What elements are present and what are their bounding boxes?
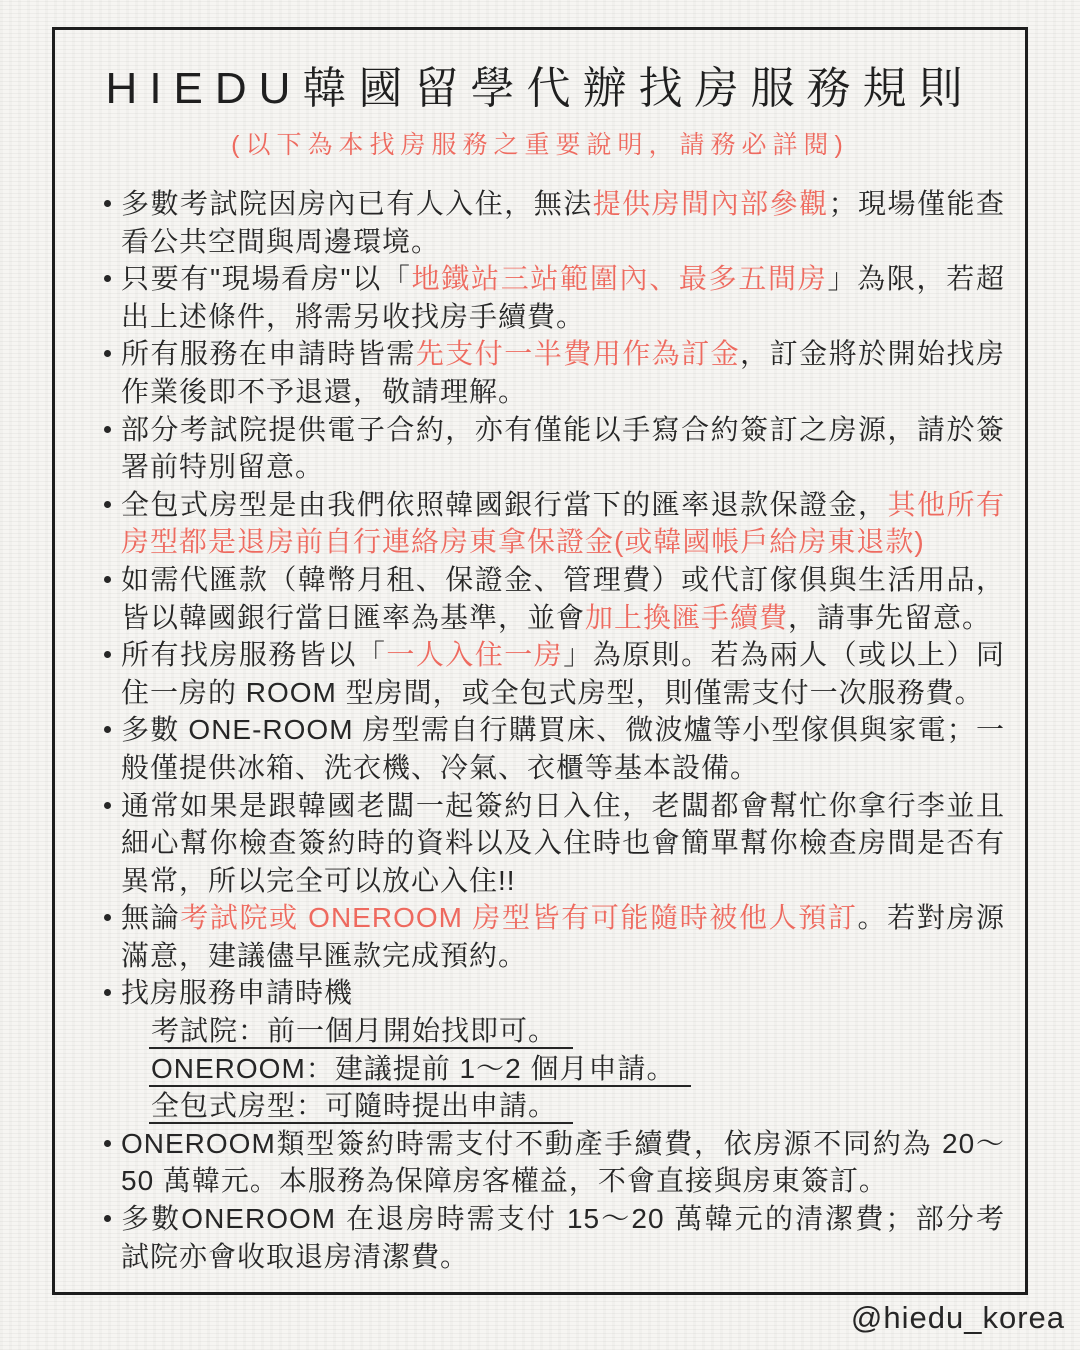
- rule-text-segment: 通常如果是跟韓國老闆一起簽約日入住，老闆都會幫忙你拿行李並且細心幫你檢查簽約時的…: [121, 790, 1005, 896]
- schedule-line: ONEROOM：建議提前 1～2 個月申請。: [149, 1050, 1005, 1088]
- rule-item: 只要有"現場看房"以「地鐵站三站範圍內、最多五間房」為限，若超出上述條件，將需另…: [121, 260, 1005, 335]
- rule-item: 部分考試院提供電子合約，亦有僅能以手寫合約簽訂之房源，請於簽署前特別留意。: [121, 411, 1005, 486]
- schedule-line-text: ONEROOM：建議提前 1～2 個月申請。: [149, 1052, 691, 1087]
- highlighted-text: 一人入住一房: [386, 639, 563, 670]
- rule-text-segment: ONEROOM類型簽約時需支付不動產手續費，依房源不同約為 20～50 萬韓元。…: [121, 1128, 1005, 1197]
- page-title: HIEDU韓國留學代辦找房服務規則: [55, 52, 1025, 116]
- schedule-line: 全包式房型：可隨時提出申請。: [149, 1087, 1005, 1125]
- rule-item: 無論考試院或 ONEROOM 房型皆有可能隨時被他人預訂。若對房源滿意，建議儘早…: [121, 899, 1005, 974]
- rule-item: 所有服務在申請時皆需先支付一半費用作為訂金，訂金將於開始找房作業後即不予退還，敬…: [121, 335, 1005, 410]
- highlighted-text: 地鐵站三站範圍內、最多五間房: [412, 263, 828, 294]
- rules-list: 多數考試院因房內已有人入住，無法提供房間內部參觀；現場僅能查看公共空間與周邊環境…: [55, 185, 1025, 1275]
- rule-text-segment: 無論: [121, 902, 180, 933]
- highlighted-text: 考試院或 ONEROOM 房型皆有可能隨時被他人預訂: [180, 902, 857, 933]
- schedule-line-text: 全包式房型：可隨時提出申請。: [149, 1089, 573, 1124]
- watermark-handle: @hiedu_korea: [851, 1300, 1065, 1336]
- schedule-line: 考試院：前一個月開始找即可。: [149, 1012, 1005, 1050]
- rule-item: 多數 ONE-ROOM 房型需自行購買床、微波爐等小型傢俱與家電；一般僅提供冰箱…: [121, 711, 1005, 786]
- poster-page: HIEDU韓國留學代辦找房服務規則 (以下為本找房服務之重要說明，請務必詳閱) …: [0, 0, 1080, 1350]
- rule-item: 如需代匯款（韓幣月租、保證金、管理費）或代訂傢俱與生活用品，皆以韓國銀行當日匯率…: [121, 561, 1005, 636]
- rule-item: 全包式房型是由我們依照韓國銀行當下的匯率退款保證金，其他所有房型都是退房前自行連…: [121, 486, 1005, 561]
- page-subtitle: (以下為本找房服務之重要說明，請務必詳閱): [55, 125, 1025, 161]
- rule-text-segment: 只要有"現場看房"以「: [121, 263, 412, 294]
- rule-item: ONEROOM類型簽約時需支付不動產手續費，依房源不同約為 20～50 萬韓元。…: [121, 1125, 1005, 1200]
- highlighted-text: 加上換匯手續費: [585, 602, 788, 633]
- rule-text-segment: ，請事先留意。: [788, 602, 991, 633]
- rule-text-segment: 部分考試院提供電子合約，亦有僅能以手寫合約簽訂之房源，請於簽署前特別留意。: [121, 414, 1005, 483]
- rules-sheet: HIEDU韓國留學代辦找房服務規則 (以下為本找房服務之重要說明，請務必詳閱) …: [52, 27, 1028, 1295]
- rule-item: 多數考試院因房內已有人入住，無法提供房間內部參觀；現場僅能查看公共空間與周邊環境…: [121, 185, 1005, 260]
- highlighted-text: 先支付一半費用作為訂金: [416, 338, 740, 369]
- schedule-line-text: 考試院：前一個月開始找即可。: [149, 1014, 573, 1049]
- highlighted-text: 提供房間內部參觀: [593, 188, 829, 219]
- rule-item: 通常如果是跟韓國老闆一起簽約日入住，老闆都會幫忙你拿行李並且細心幫你檢查簽約時的…: [121, 787, 1005, 900]
- rule-text-segment: 多數考試院因房內已有人入住，無法: [121, 188, 593, 219]
- rule-text-segment: 找房服務申請時機: [121, 977, 353, 1008]
- rule-item: 找房服務申請時機考試院：前一個月開始找即可。ONEROOM：建議提前 1～2 個…: [121, 974, 1005, 1124]
- rule-text-segment: 全包式房型是由我們依照韓國銀行當下的匯率退款保證金，: [121, 489, 888, 520]
- rule-text-segment: 多數 ONE-ROOM 房型需自行購買床、微波爐等小型傢俱與家電；一般僅提供冰箱…: [121, 714, 1005, 783]
- rule-item: 所有找房服務皆以「一人入住一房」為原則。若為兩人（或以上）同住一房的 ROOM …: [121, 636, 1005, 711]
- rule-text-segment: 多數ONEROOM 在退房時需支付 15～20 萬韓元的清潔費；部分考試院亦會收…: [121, 1203, 1005, 1272]
- rule-text-segment: 所有找房服務皆以「: [121, 639, 386, 670]
- rule-item: 多數ONEROOM 在退房時需支付 15～20 萬韓元的清潔費；部分考試院亦會收…: [121, 1200, 1005, 1275]
- rule-text-segment: 所有服務在申請時皆需: [121, 338, 416, 369]
